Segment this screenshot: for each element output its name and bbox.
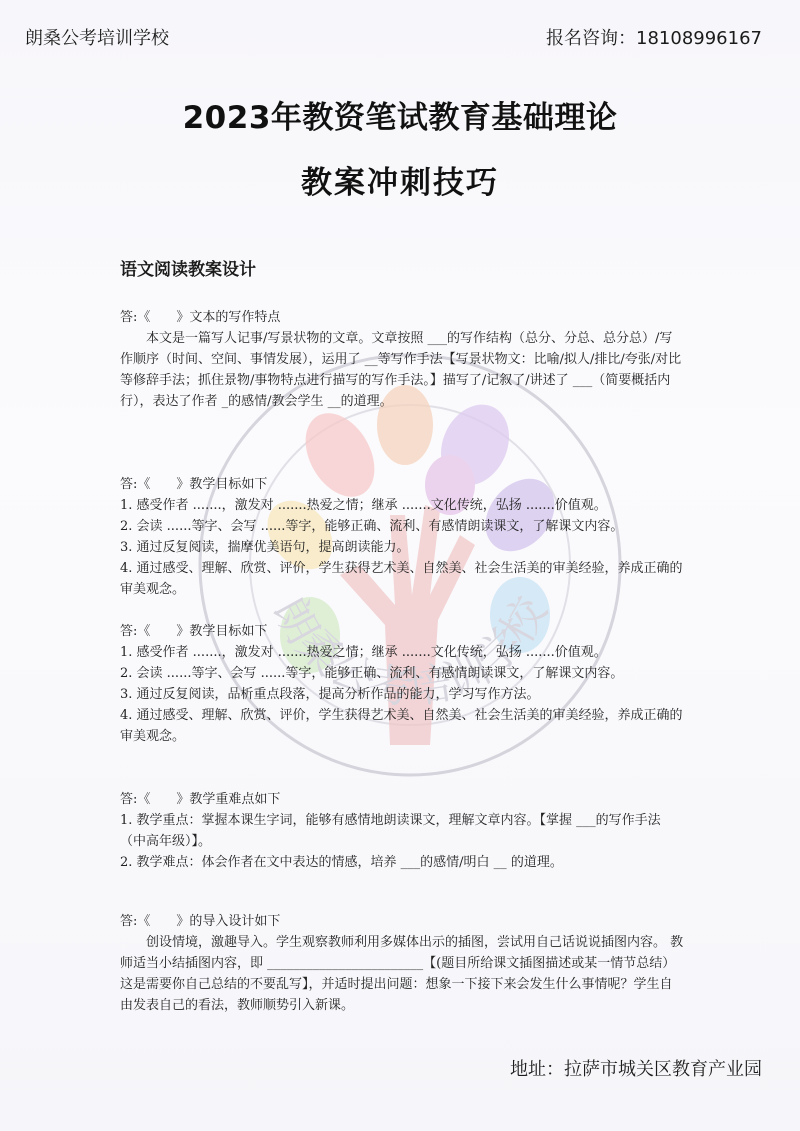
document-title: 2023年教资笔试教育基础理论 — [0, 92, 800, 137]
question-label: 答:《 》教学目标如下 — [120, 474, 685, 495]
list-item: 3. 通过反复阅读，揣摩优美语句，提高朗读能力。 — [120, 537, 685, 558]
paragraph: 创设情境，激趣导入。学生观察教师利用多媒体出示的插图，尝试用自己话说说插图内容。… — [120, 932, 685, 1016]
list-item: 3. 通过反复阅读，品析重点段落，提高分析作品的能力，学习写作方法。 — [120, 684, 685, 705]
list-item: 1. 教学重点：掌握本课生字词，能够有感情地朗读课文，理解文章内容。【掌握 __… — [120, 810, 685, 852]
address: 地址：拉萨市城关区教育产业园 — [510, 1055, 762, 1081]
document-subtitle: 教案冲刺技巧 — [0, 157, 800, 202]
question-label: 答:《 》教学目标如下 — [120, 621, 685, 642]
list-item: 2. 教学难点：体会作者在文中表达的情感，培养 ___的感情/明白 __ 的道理… — [120, 852, 685, 873]
list-item: 1. 感受作者 .......，激发对 .......热爱之情；继承 .....… — [120, 642, 685, 663]
paragraph: 本文是一篇写人记事/写景状物的文章。文章按照 ___的写作结构（总分、分总、总分… — [120, 328, 685, 412]
list-item: 1. 感受作者 .......，激发对 .......热爱之情；继承 .....… — [120, 495, 685, 516]
list-item: 2. 会读 ......等字、会写 ......等字，能够正确、流利、有感情朗读… — [120, 516, 685, 537]
section-writing-features: 答:《 》文本的写作特点 本文是一篇写人记事/写景状物的文章。文章按照 ___的… — [120, 307, 685, 412]
question-label: 答:《 》教学重难点如下 — [120, 789, 685, 810]
question-label: 答:《 》的导入设计如下 — [120, 911, 685, 932]
list-item: 4. 通过感受、理解、欣赏、评价，学生获得艺术美、自然美、社会生活美的审美经验，… — [120, 705, 685, 747]
section-heading: 语文阅读教案设计 — [120, 255, 256, 280]
section-lead-in-design: 答:《 》的导入设计如下 创设情境，激趣导入。学生观察教师利用多媒体出示的插图，… — [120, 911, 685, 1016]
list-item: 4. 通过感受、理解、欣赏、评价，学生获得艺术美、自然美、社会生活美的审美经验，… — [120, 558, 685, 600]
question-label: 答:《 》文本的写作特点 — [120, 307, 685, 328]
section-teaching-goals-1: 答:《 》教学目标如下 1. 感受作者 .......，激发对 .......热… — [120, 474, 685, 600]
contact-phone: 报名咨询：18108996167 — [546, 24, 762, 50]
list-item: 2. 会读 ......等字、会写 ......等字，能够正确、流利、有感情朗读… — [120, 663, 685, 684]
section-teaching-goals-2: 答:《 》教学目标如下 1. 感受作者 .......，激发对 .......热… — [120, 621, 685, 747]
section-key-points: 答:《 》教学重难点如下 1. 教学重点：掌握本课生字词，能够有感情地朗读课文，… — [120, 789, 685, 873]
school-name: 朗桑公考培训学校 — [25, 24, 169, 50]
